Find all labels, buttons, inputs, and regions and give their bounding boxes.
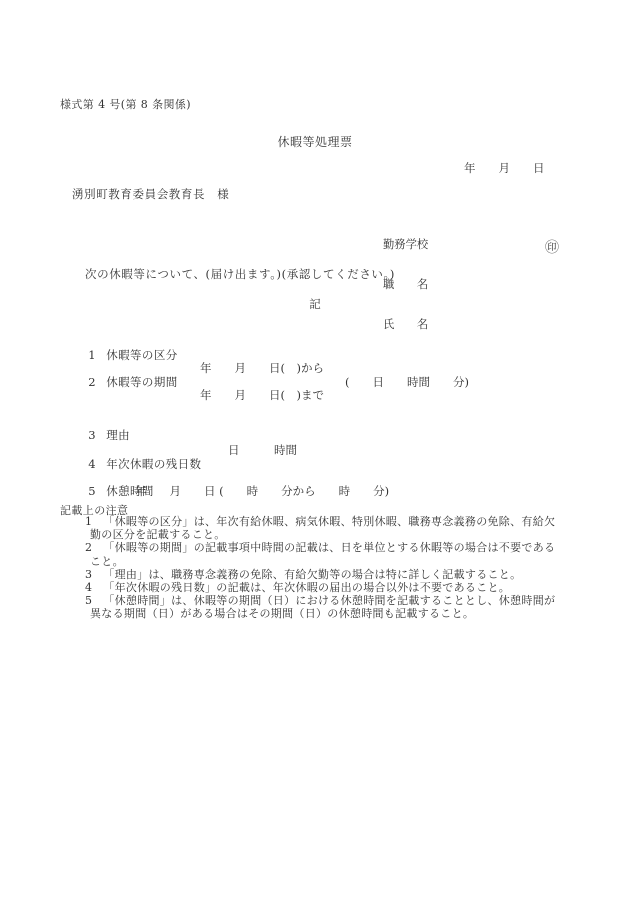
note-number: 5 bbox=[85, 594, 92, 607]
note-text: 「年次休暇の残日数」の記載は、年次休暇の届出の場合以外は不要であること。 bbox=[103, 581, 510, 594]
note-item: 5「休憩時間」は、休暇等の期間（日）における休憩時間を記載することとし、休憩時間… bbox=[85, 594, 563, 620]
note-text: 「理由」は、職務専念義務の免除、有給欠勤等の場合は特に詳しく記載すること。 bbox=[103, 568, 521, 581]
note-text: 「休暇等の区分」は、年次有給休暇、病気休暇、特別休暇、職務専念義務の免除、有給欠… bbox=[90, 515, 555, 541]
note-item: 1「休暇等の区分」は、年次有給休暇、病気休暇、特別休暇、職務専念義務の免除、有給… bbox=[85, 515, 563, 541]
note-text: 「休暇等の期間」の記載事項中時間の記載は、日を単位とする休暇等の場合は不要である… bbox=[90, 541, 555, 567]
note-number: 4 bbox=[85, 581, 92, 594]
period-duration-line: ( 日 時間 分) bbox=[345, 374, 469, 390]
item-label: 理由 bbox=[106, 428, 130, 442]
note-number: 1 bbox=[85, 515, 92, 528]
period-to-line: 年 月 日( )まで bbox=[200, 387, 324, 403]
note-number: 2 bbox=[85, 541, 92, 554]
remaining-days-fill-line: 日 時間 bbox=[228, 442, 297, 458]
item-leave-period: 2休暇等の期間 bbox=[72, 360, 178, 404]
break-time-fill-line: 年 月 日 ( 時 分から 時 分) bbox=[135, 483, 389, 499]
work-school-label: 勤務学校 bbox=[383, 238, 428, 251]
note-text: 「休憩時間」は、休暇等の期間（日）における休憩時間を記載することとし、休憩時間が… bbox=[90, 594, 555, 620]
note-item: 3「理由」は、職務専念義務の免除、有給欠勤等の場合は特に詳しく記載すること。 bbox=[85, 568, 563, 581]
item-label: 休暇等の期間 bbox=[106, 375, 177, 389]
intro-sentence: 次の休暇等について、(届け出ます。)(承認してください。) bbox=[85, 266, 395, 282]
note-item: 4「年次休暇の残日数」の記載は、年次休暇の届出の場合以外は不要であること。 bbox=[85, 581, 563, 594]
date-fill-line: 年 月 日 bbox=[464, 160, 545, 176]
leave-form-page: 様式第 4 号(第 8 条関係) 休暇等処理票 年 月 日 湧別町教育委員会教育… bbox=[0, 0, 630, 915]
addressee-line: 湧別町教育委員会教育長 様 bbox=[72, 186, 229, 202]
period-from-line: 年 月 日( )から bbox=[200, 360, 324, 376]
item-number: 2 bbox=[88, 375, 106, 389]
form-number: 様式第 4 号(第 8 条関係) bbox=[60, 96, 191, 112]
note-item: 2「休暇等の期間」の記載事項中時間の記載は、日を単位とする休暇等の場合は不要であ… bbox=[85, 541, 563, 567]
seal-icon: ㊞ bbox=[545, 237, 559, 257]
page-title: 休暇等処理票 bbox=[0, 133, 630, 150]
item-number: 5 bbox=[88, 484, 106, 498]
notes-list: 1「休暇等の区分」は、年次有給休暇、病気休暇、特別休暇、職務専念義務の免除、有給… bbox=[85, 515, 563, 621]
item-number: 3 bbox=[88, 428, 106, 442]
name-label: 氏 名 bbox=[383, 318, 428, 331]
record-heading: 記 bbox=[0, 296, 630, 312]
signer-block: 勤務学校 職 名 氏 名 bbox=[383, 212, 428, 357]
note-number: 3 bbox=[85, 568, 92, 581]
